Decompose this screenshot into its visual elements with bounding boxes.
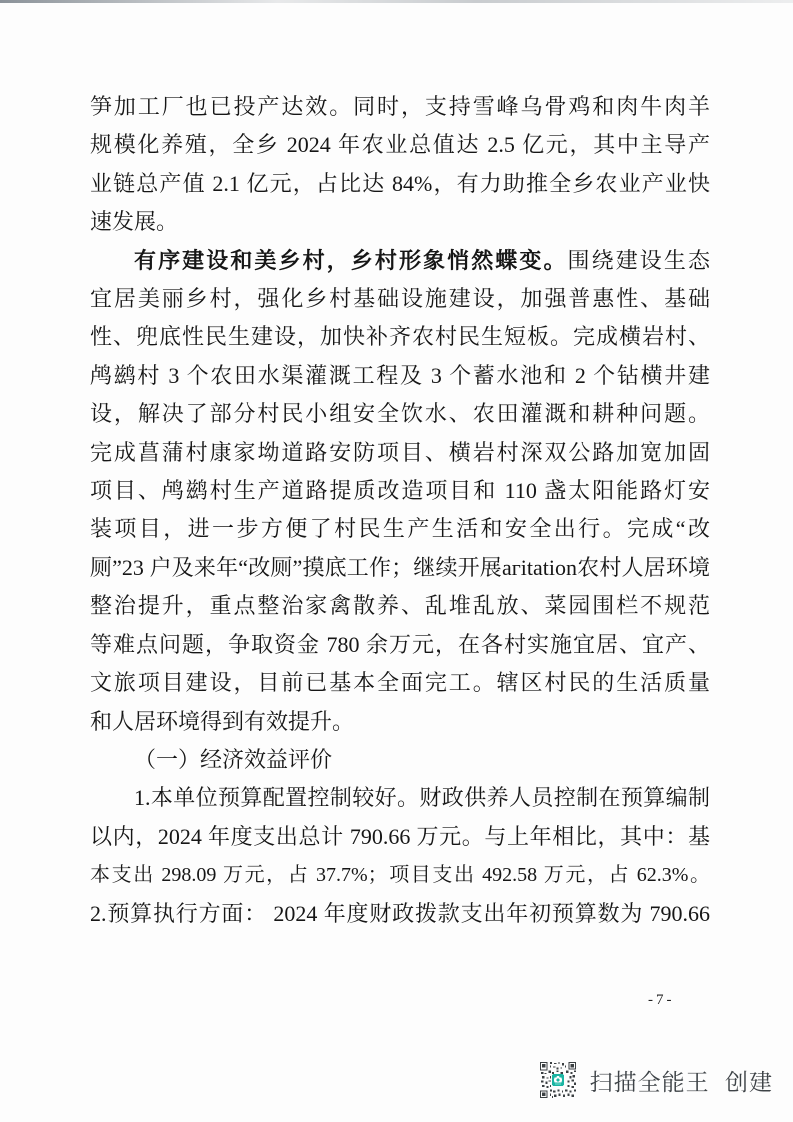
text-segment: 设，解决了部分村民小组安全饮水、农田灌溉和耕种问题。 bbox=[90, 401, 710, 426]
qr-code-icon bbox=[540, 1062, 576, 1098]
text-line: 笋加工厂也已投产达效。同时，支持雪峰乌骨鸡和肉牛肉羊 bbox=[90, 88, 710, 126]
document-page: 笋加工厂也已投产达效。同时，支持雪峰乌骨鸡和肉牛肉羊规模化养殖，全乡 2024 … bbox=[0, 0, 793, 1122]
text-line: 鸬鹚村 3 个农田水渠灌溉工程及 3 个蓄水池和 2 个钻横井建 bbox=[90, 357, 710, 395]
text-segment: 项目、鸬鹚村生产道路提质改造项目和 110 盏太阳能路灯安 bbox=[90, 478, 710, 503]
text-segment: 整治提升，重点整治家禽散养、乱堆乱放、菜园围栏不规范 bbox=[90, 593, 710, 618]
page-number: -7- bbox=[648, 992, 675, 1009]
text-segment: 和人居环境得到有效提升。 bbox=[90, 709, 354, 734]
text-line: 等难点问题，争取资金 780 余万元，在各村实施宜居、宜产、 bbox=[90, 626, 710, 664]
text-segment: 规模化养殖，全乡 2024 年农业总值达 2.5 亿元，其中主导产 bbox=[90, 132, 710, 157]
text-segment: 完成菖蒲村康家坳道路安防项目、横岩村深双公路加宽加固 bbox=[90, 440, 710, 465]
text-line: 厕”23 户及来年“改厕”摸底工作；继续开展агitation农村人居环境 bbox=[90, 549, 710, 587]
text-segment: 装项目，进一步方便了村民生产生活和安全出行。完成“改 bbox=[90, 516, 710, 541]
text-segment: （一）经济效益评价 bbox=[134, 747, 332, 772]
text-line: 项目、鸬鹚村生产道路提质改造项目和 110 盏太阳能路灯安 bbox=[90, 472, 710, 510]
text-segment: 2.预算执行方面： 2024 年度财政拨款支出年初预算数为 790.66 bbox=[90, 901, 710, 926]
text-block: 笋加工厂也已投产达效。同时，支持雪峰乌骨鸡和肉牛肉羊规模化养殖，全乡 2024 … bbox=[90, 88, 710, 933]
text-line: 业链总产值 2.1 亿元，占比达 84%，有力助推全乡农业产业快 bbox=[90, 165, 710, 203]
text-segment: 宜居美丽乡村，强化乡村基础设施建设，加强普惠性、基础 bbox=[90, 286, 710, 311]
text-line: 本支出 298.09 万元，占 37.7%；项目支出 492.58 万元，占 6… bbox=[90, 856, 710, 894]
text-line: 有序建设和美乡村，乡村形象悄然蝶变。围绕建设生态 bbox=[90, 242, 710, 280]
text-line: 以内，2024 年度支出总计 790.66 万元。与上年相比，其中：基 bbox=[90, 818, 710, 856]
text-line: 设，解决了部分村民小组安全饮水、农田灌溉和耕种问题。 bbox=[90, 395, 710, 433]
text-line: 完成菖蒲村康家坳道路安防项目、横岩村深双公路加宽加固 bbox=[90, 434, 710, 472]
para-rural-construction: 有序建设和美乡村，乡村形象悄然蝶变。围绕建设生态宜居美丽乡村，强化乡村基础设施建… bbox=[90, 242, 710, 741]
para-agriculture: 笋加工厂也已投产达效。同时，支持雪峰乌骨鸡和肉牛肉羊规模化养殖，全乡 2024 … bbox=[90, 88, 710, 242]
text-line: 装项目，进一步方便了村民生产生活和安全出行。完成“改 bbox=[90, 510, 710, 548]
text-segment: 等难点问题，争取资金 780 余万元，在各村实施宜居、宜产、 bbox=[90, 632, 710, 657]
text-segment: 文旅项目建设，目前已基本全面完工。辖区村民的生活质量 bbox=[90, 670, 710, 695]
text-line: 2.预算执行方面： 2024 年度财政拨款支出年初预算数为 790.66 bbox=[90, 895, 710, 933]
text-segment: 速发展。 bbox=[90, 209, 178, 234]
text-segment: 1.本单位预算配置控制较好。财政供养人员控制在预算编制 bbox=[134, 785, 710, 810]
heading-economic-benefit: （一）经济效益评价 bbox=[90, 741, 710, 779]
text-line: 1.本单位预算配置控制较好。财政供养人员控制在预算编制 bbox=[90, 779, 710, 817]
text-line: 速发展。 bbox=[90, 203, 710, 241]
para-budget-allocation: 1.本单位预算配置控制较好。财政供养人员控制在预算编制以内，2024 年度支出总… bbox=[90, 779, 710, 894]
text-line: 宜居美丽乡村，强化乡村基础设施建设，加强普惠性、基础 bbox=[90, 280, 710, 318]
text-line: （一）经济效益评价 bbox=[90, 741, 710, 779]
text-segment: 厕”23 户及来年“改厕”摸底工作；继续开展агitation农村人居环境 bbox=[90, 555, 710, 580]
bold-lead-sentence: 有序建设和美乡村，乡村形象悄然蝶变。 bbox=[134, 248, 568, 273]
text-segment: 笋加工厂也已投产达效。同时，支持雪峰乌骨鸡和肉牛肉羊 bbox=[90, 94, 710, 119]
text-line: 性、兜底性民生建设，加快补齐农村民生短板。完成横岩村、 bbox=[90, 318, 710, 356]
watermark-label: 扫描全能王 创建 bbox=[590, 1064, 773, 1097]
text-segment: 以内，2024 年度支出总计 790.66 万元。与上年相比，其中：基 bbox=[90, 824, 710, 849]
text-segment: 围绕建设生态 bbox=[568, 248, 710, 273]
scan-edge-artifact bbox=[0, 0, 793, 3]
para-budget-execution: 2.预算执行方面： 2024 年度财政拨款支出年初预算数为 790.66 bbox=[90, 895, 710, 933]
scanner-watermark: 扫描全能王 创建 bbox=[540, 1062, 773, 1098]
text-line: 和人居环境得到有效提升。 bbox=[90, 703, 710, 741]
text-segment: 业链总产值 2.1 亿元，占比达 84%，有力助推全乡农业产业快 bbox=[90, 171, 710, 196]
text-line: 文旅项目建设，目前已基本全面完工。辖区村民的生活质量 bbox=[90, 664, 710, 702]
text-segment: 性、兜底性民生建设，加快补齐农村民生短板。完成横岩村、 bbox=[90, 324, 710, 349]
text-line: 规模化养殖，全乡 2024 年农业总值达 2.5 亿元，其中主导产 bbox=[90, 126, 710, 164]
text-segment: 鸬鹚村 3 个农田水渠灌溉工程及 3 个蓄水池和 2 个钻横井建 bbox=[90, 363, 710, 388]
text-segment: 本支出 298.09 万元，占 37.7%；项目支出 492.58 万元，占 6… bbox=[90, 864, 710, 886]
text-line: 整治提升，重点整治家禽散养、乱堆乱放、菜园围栏不规范 bbox=[90, 587, 710, 625]
